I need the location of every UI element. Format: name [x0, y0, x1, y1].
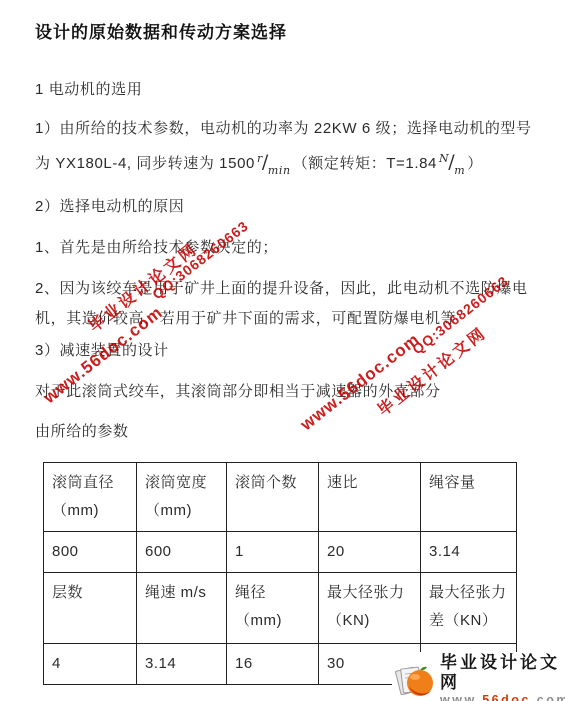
page-title: 设计的原始数据和传动方案选择 [35, 22, 287, 44]
site-logo-url: www.56doc.com [440, 693, 565, 701]
table-cell: 800 [44, 532, 137, 573]
paragraph-2: 1、首先是由所给技术参数决定的； [35, 237, 278, 259]
paragraph-5: 由所给的参数 [35, 421, 129, 443]
speed-text: 为 YX180L-4, 同步转速为 1500 [35, 155, 255, 172]
torque-text: （额定转矩：T=1.84 [293, 155, 437, 172]
table-cell: 16 [227, 644, 319, 685]
table-cell: 滚筒个数 [227, 463, 319, 532]
paragraph-1-line-1: 1）由所给的技术参数，电动机的功率为 22KW 6 级；选择电动机的型号 [35, 118, 532, 140]
table-cell: 20 [319, 532, 421, 573]
site-logo-name: 毕业设计论文网 [440, 653, 565, 693]
table-cell: 最大径张力（KN) [319, 573, 421, 644]
table-cell: 600 [137, 532, 227, 573]
table-row: 800 600 1 20 3.14 [44, 532, 517, 573]
site-logo-icon [394, 659, 436, 701]
table-cell: 绳容量 [421, 463, 517, 532]
paragraph-1-line-2: 为 YX180L-4, 同步转速为 1500r/min（额定转矩：T=1.84N… [35, 148, 483, 182]
table-cell: 1 [227, 532, 319, 573]
document-page: 设计的原始数据和传动方案选择 1 电动机的选用 1）由所给的技术参数，电动机的功… [0, 0, 565, 701]
section-2-heading: 2）选择电动机的原因 [35, 196, 184, 218]
table-cell: 最大径张力差（KN） [421, 573, 517, 644]
torque-fraction: N/m [439, 148, 465, 182]
rpm-fraction: r/min [257, 148, 291, 182]
table-cell: 滚筒直径（mm) [44, 463, 137, 532]
table-row: 层数 绳速 m/s 绳径（mm) 最大径张力（KN) 最大径张力差（KN） [44, 573, 517, 644]
table-cell: 4 [44, 644, 137, 685]
site-logo-text: 毕业设计论文网 www.56doc.com [440, 653, 565, 701]
table-cell: 3.14 [137, 644, 227, 685]
table-cell: 滚筒宽度（mm) [137, 463, 227, 532]
table-cell: 绳速 m/s [137, 573, 227, 644]
table-row: 滚筒直径（mm) 滚筒宽度（mm) 滚筒个数 速比 绳容量 [44, 463, 517, 532]
close-paren: ） [467, 155, 483, 172]
table-cell: 3.14 [421, 532, 517, 573]
site-logo[interactable]: 毕业设计论文网 www.56doc.com [392, 652, 565, 701]
section-1-heading: 1 电动机的选用 [35, 79, 142, 101]
table-cell: 层数 [44, 573, 137, 644]
table-cell: 绳径（mm) [227, 573, 319, 644]
table-cell: 速比 [319, 463, 421, 532]
